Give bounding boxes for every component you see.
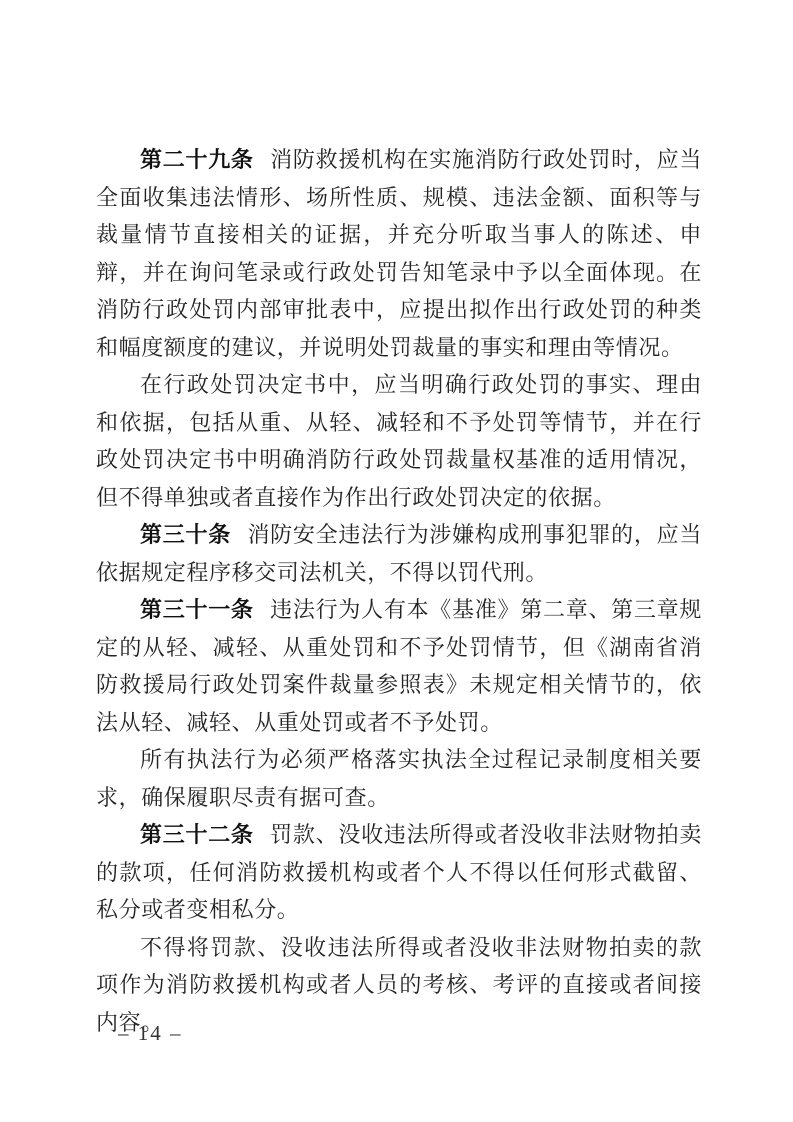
article-31-number: 第三十一条 [140,597,254,622]
document-page: 第二十九条消防救援机构在实施消防行政处罚时，应当全面收集违法情形、场所性质、规模… [0,0,793,1122]
article-32-number: 第三十二条 [140,822,254,847]
article-29-number: 第二十九条 [140,147,254,172]
paragraph-article-31: 第三十一条违法行为人有本《基准》第二章、第三章规定的从轻、减轻、从重处罚和不予处… [96,591,702,741]
page-number: – 14 – [118,1021,183,1046]
paragraph-enforcement-record: 所有执法行为必须严格落实执法全过程记录制度相关要求，确保履职尽责有据可查。 [96,741,702,816]
paragraph-fines-handling: 不得将罚款、没收违法所得或者没收非法财物拍卖的款项作为消防救援机构或者人员的考核… [96,929,702,1042]
paragraph-decision-document: 在行政处罚决定书中，应当明确行政处罚的事实、理由和依据，包括从重、从轻、减轻和不… [96,366,702,516]
paragraph-7-text: 不得将罚款、没收违法所得或者没收非法财物拍卖的款项作为消防救援机构或者人员的考核… [96,935,702,1035]
article-29-text: 消防救援机构在实施消防行政处罚时，应当全面收集违法情形、场所性质、规模、违法金额… [96,147,702,360]
paragraph-2-text: 在行政处罚决定书中，应当明确行政处罚的事实、理由和依据，包括从重、从轻、减轻和不… [96,372,702,510]
paragraph-article-29: 第二十九条消防救援机构在实施消防行政处罚时，应当全面收集违法情形、场所性质、规模… [96,141,702,366]
paragraph-5-text: 所有执法行为必须严格落实执法全过程记录制度相关要求，确保履职尽责有据可查。 [96,747,702,810]
paragraph-article-30: 第三十条消防安全违法行为涉嫌构成刑事犯罪的，应当依据规定程序移交司法机关，不得以… [96,516,702,591]
article-30-number: 第三十条 [140,522,231,547]
document-body: 第二十九条消防救援机构在实施消防行政处罚时，应当全面收集违法情形、场所性质、规模… [96,141,702,1041]
paragraph-article-32: 第三十二条罚款、没收违法所得或者没收非法财物拍卖的款项，任何消防救援机构或者个人… [96,816,702,929]
